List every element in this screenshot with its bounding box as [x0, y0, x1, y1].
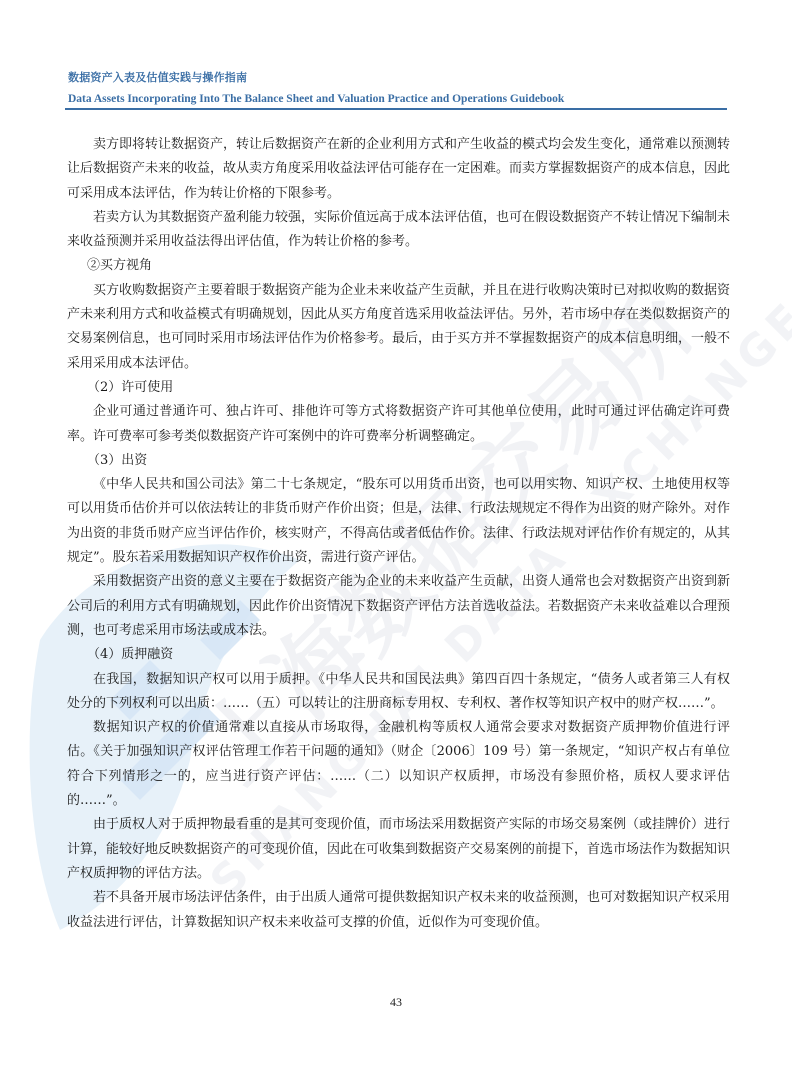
- paragraph-company-law: 《中华人民共和国公司法》第二十七条规定，“股东可以用货币出资，也可以用实物、知识…: [67, 473, 730, 570]
- header-title-en: Data Assets Incorporating Into The Balan…: [68, 90, 740, 108]
- heading-capital-contribution: （3）出资: [67, 449, 730, 473]
- paragraph-seller-difficulty: 卖方即将转让数据资产，转让后数据资产在新的企业利用方式和产生收益的模式均会发生变…: [67, 133, 730, 206]
- heading-license-use: （2）许可使用: [67, 376, 730, 400]
- paragraph-contribution-meaning: 采用数据资产出资的意义主要在于数据资产能为企业的未来收益产生贡献，出资人通常也会…: [67, 570, 730, 643]
- running-header: 数据资产入表及估值实践与操作指南 Data Assets Incorporati…: [68, 70, 740, 108]
- page-number: 43: [0, 995, 792, 1010]
- header-divider: [65, 108, 727, 110]
- paragraph-market-approach: 由于质权人对于质押物最看重的是其可变现价值，而市场法采用数据资产实际的市场交易案…: [67, 813, 730, 886]
- paragraph-seller-income: 若卖方认为其数据资产盈利能力较强，实际价值远高于成本法评估值，也可在假设数据资产…: [67, 206, 730, 255]
- page-body: 卖方即将转让数据资产，转让后数据资产在新的企业利用方式和产生收益的模式均会发生变…: [67, 133, 730, 935]
- paragraph-buyer: 买方收购数据资产主要着眼于数据资产能为企业未来收益产生贡献，并且在进行收购决策时…: [67, 279, 730, 376]
- paragraph-license: 企业可通过普通许可、独占许可、排他许可等方式将数据资产许可其他单位使用，此时可通…: [67, 400, 730, 449]
- paragraph-income-approach: 若不具备开展市场法评估条件，由于出质人通常可提供数据知识产权未来的收益预测，也可…: [67, 886, 730, 935]
- paragraph-civil-code: 在我国，数据知识产权可以用于质押。《中华人民共和国民法典》第四百四十条规定，“债…: [67, 668, 730, 717]
- paragraph-pledge-valuation: 数据知识产权的价值通常难以直接从市场取得，金融机构等质权人通常会要求对数据资产质…: [67, 716, 730, 813]
- heading-pledge-financing: （4）质押融资: [67, 643, 730, 667]
- subheading-buyer-perspective: ②买方视角: [67, 254, 730, 278]
- header-title-cn: 数据资产入表及估值实践与操作指南: [68, 70, 740, 86]
